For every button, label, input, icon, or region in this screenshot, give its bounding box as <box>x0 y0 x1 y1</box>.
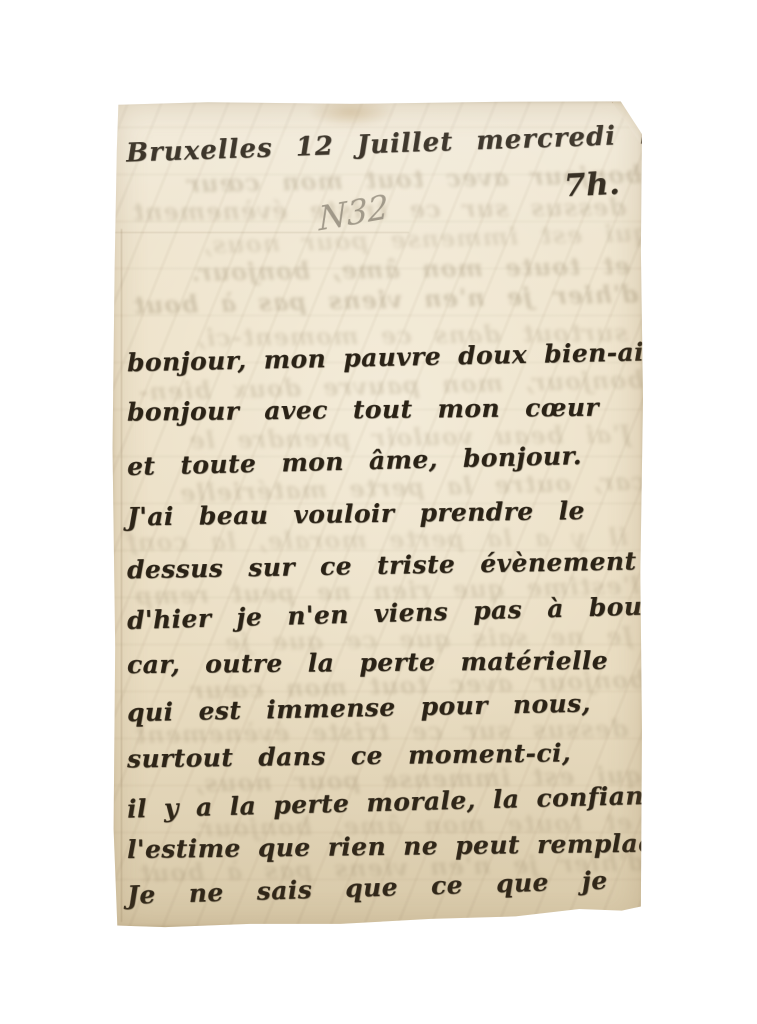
manuscript-line: bonjour avec tout mon cœur <box>127 392 632 426</box>
left-fold-crease <box>121 229 122 922</box>
pencil-number: N32 <box>318 187 389 239</box>
manuscript-line: et toute mon âme, bonjour. <box>127 440 633 481</box>
manuscript-line: l'estime que rien ne peut remplacer. <box>127 829 632 864</box>
time-note: 7h. <box>563 166 621 205</box>
auction-photograph: bonjour avec tout mon cœur dessus sur ce… <box>0 0 757 1024</box>
manuscript-line: bonjour, mon pauvre doux bien-aimé <box>127 338 632 378</box>
showthrough-line: et toute mon âme, bonjour. <box>126 251 630 288</box>
manuscript-line: J'ai beau vouloir prendre le <box>127 495 632 531</box>
manuscript-line: qui est immense pour nous, <box>127 688 632 728</box>
showthrough-line: qui est immense pour nous, <box>146 218 651 261</box>
manuscript-line: dessus sur ce triste évènement <box>127 547 632 585</box>
horizontal-crease <box>112 232 409 233</box>
showthrough-line: d'hier je n'en viens pas à bout <box>134 279 639 319</box>
manuscript-line: il y a la perte morale, la confiance, <box>127 781 633 823</box>
manuscript-line: d'hier je n'en viens pas à bout <box>127 592 633 635</box>
dateline: Bruxelles 12 Juillet mercredi matin <box>126 117 730 168</box>
letter-sheet: bonjour avec tout mon cœur dessus sur ce… <box>112 101 643 928</box>
paper-stain <box>308 97 394 127</box>
manuscript-line: car, outre la perte matérielle <box>127 646 632 679</box>
manuscript-line: Je ne sais que ce que je <box>127 865 633 910</box>
manuscript-line: surtout dans ce moment-ci, <box>127 737 632 773</box>
